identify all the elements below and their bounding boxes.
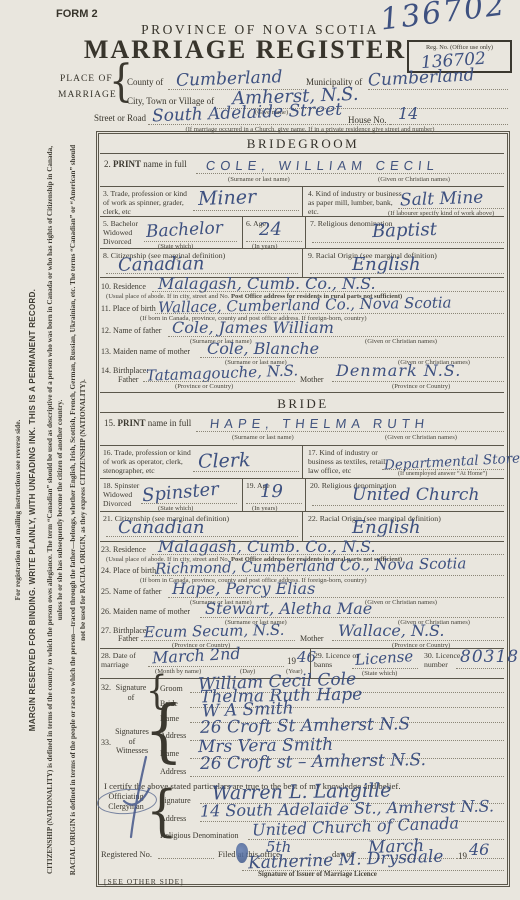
state-which-sub: (State which) [158,243,193,250]
field16-label: 16. Trade, profession or kind of work as… [103,448,195,475]
line [332,640,504,641]
given-sub: (Given or Christian names) [378,176,450,183]
line [193,471,299,472]
field23-label: 23. Residence [101,545,146,555]
field33-no: 33. [101,738,111,748]
field2-print-word: PRINT [113,159,141,169]
in-years-sub: (In years) [252,243,277,250]
field32-label: Signature of [114,683,148,702]
state-which-sub: (State which) [362,670,397,677]
field15-print-word: PRINT [118,418,146,428]
line [143,381,295,382]
given-sub: (Given or Christian names) [365,599,437,606]
field11-label: 11. Place of birth [101,304,156,314]
field12-value: Cole, James William [172,320,334,336]
field15-rest: name in full [148,418,192,428]
field17-sub: (If unemployed answer “At Home”) [398,471,487,478]
divider [302,445,303,478]
field8-value: Canadian [118,255,205,275]
year-printed: 19 [287,656,296,667]
clergy-address-label: Address [160,814,186,824]
line [152,575,504,576]
rule [100,216,504,217]
divider [305,478,306,511]
municipality-value: Cumberland [368,67,475,90]
field2-rest: name in full [143,159,187,169]
line [141,640,295,641]
house-no-value: 14 [398,106,418,122]
field12-label: 12. Name of father [101,326,161,336]
marriage-register-form: For registration and mailing instruction… [0,0,520,900]
field26-label: 26. Maiden name of mother [101,607,190,617]
field10-value: Malagash, Cumb. Co., N.S. [158,276,376,292]
line [190,776,504,777]
year-printed: 19 [458,851,467,862]
field29-label: 29. Licence or banns [314,651,360,670]
line [168,597,504,598]
line [158,858,214,859]
field30-value: 80318 [460,649,519,666]
mother-label: Mother [300,634,324,644]
street-value: South Adelaide Street [152,102,343,126]
street-label: Street or Road [94,113,146,123]
house-no-line [390,124,508,125]
line [152,291,504,292]
margin-note-binding: MARGIN RESERVED FOR BINDING. WRITE PLAIN… [28,142,41,878]
line [312,242,504,243]
field9-value: English [352,256,421,274]
witness2-address-label: Address [160,767,186,777]
given-sub: (Given or Christian names) [365,338,437,345]
line [155,313,504,314]
field21-value: Canadian [118,519,204,537]
groom-name-line [196,173,504,174]
margin-note-citizenship: CITIZENSHIP (NATIONALITY) is defined in … [45,142,69,878]
divider [242,478,243,511]
county-label: County of [127,77,163,87]
field32-no: 32. [101,683,111,693]
clergy-signature-label: Signature [160,796,191,806]
given-sub: (Given or Christian names) [385,434,457,441]
field22-value: English [352,519,421,537]
field16-value: Clerk [198,451,251,472]
margin-note-mailing: For registration and mailing instruction… [13,142,25,878]
field24-label: 24. Place of birth [101,566,156,576]
witness1-address: 26 Croft St Amherst N.S [200,716,410,737]
field2-label: 2. PRINT name in full [104,159,187,170]
line [144,241,237,242]
field14-mother-value: Denmark N.S. [336,363,461,379]
field25-value: Hape, Percy Elias [172,581,315,597]
groom-name-value: COLE, WILLIAM CECIL [205,159,439,172]
line [246,503,302,504]
field28-value: March 2nd [152,646,241,667]
field13-value: Cole, Blanche [207,341,319,357]
field15-label: 15. PRINT name in full [104,418,191,429]
field2-no: 2. [104,159,111,169]
rule [100,392,504,393]
rule [100,478,504,479]
bride-name-value: HAPE, THELMA RUTH [209,417,429,430]
witness2-name-label: Name [160,749,179,759]
rule [100,153,504,154]
line [352,668,418,669]
field10-label: 10. Residence [101,282,146,292]
field7-value: Baptist [372,221,438,241]
pen-stroke-mark [116,753,162,843]
surname-sub: (Surname or last name) [232,434,294,441]
field5-value: Bachelor [146,220,224,241]
father-label: Father [118,634,138,644]
father-label: Father [118,375,138,385]
witness2-address: 26 Croft st – Amherst N.S. [200,752,426,773]
field5-label: 5. Bachelor Widowed Divorced [103,219,149,246]
line [312,505,504,506]
line [168,336,504,337]
line [398,208,504,209]
divider [242,216,243,248]
line [148,666,284,667]
line [332,381,504,382]
prov-country-sub: (Province or Country) [175,383,233,390]
house-no-label: House No. [348,115,387,125]
field27-mother-value: Wallace, N.S. [338,623,445,639]
field27-father-value: Ecum Secum, N.S. [144,623,285,640]
field3-label: 3. Trade, profession or kind of work as … [103,189,195,216]
field6-value: 24 [259,221,282,239]
line [200,617,504,618]
field19-value: 19 [260,483,283,501]
prov-country-sub: (Province or Country) [392,383,450,390]
mother-label: Mother [300,375,324,385]
field28-label: 28. Date of marriage [101,651,147,670]
field29-value: License [355,649,414,668]
divider [302,248,303,277]
divider [302,186,303,216]
field23-value: Malagash, Cumb. Co., N.S. [158,539,376,555]
bridegroom-section-title: BRIDEGROOM [96,136,510,152]
margin-note-racial-origin: RACIAL ORIGIN is defined in terms of the… [68,142,94,878]
line [456,668,504,669]
issuer-sub-label: Signature of Issuer of Marriage Licence [258,871,377,879]
divider [305,216,306,248]
field26-value: Stewart, Aletha Mae [205,601,372,617]
field13-label: 13. Maiden name of mother [101,347,190,357]
bride-section-title: BRIDE [96,396,510,412]
denomination-label: Religious Denomination [160,831,238,841]
field20-value: United Church [352,487,479,504]
field3-value: Miner [198,188,257,209]
line [141,503,237,504]
line [246,241,302,242]
field15-no: 15. [104,418,115,428]
field4-value: Salt Mine [400,190,484,210]
line [193,210,299,211]
line [196,431,504,432]
see-other-side: [SEE OTHER SIDE] [104,877,184,886]
marriage-label: MARRIAGE [58,90,117,100]
line [456,858,504,859]
rule [100,412,504,413]
surname-sub: (Surname or last name) [228,176,290,183]
line [200,357,504,358]
registered-no-label: Registered No. [101,849,152,859]
field25-label: 25. Name of father [101,587,161,597]
place-of-label: PLACE OF [60,74,113,84]
form-number: FORM 2 [56,8,98,20]
filed-year-value: 46 [469,842,489,858]
